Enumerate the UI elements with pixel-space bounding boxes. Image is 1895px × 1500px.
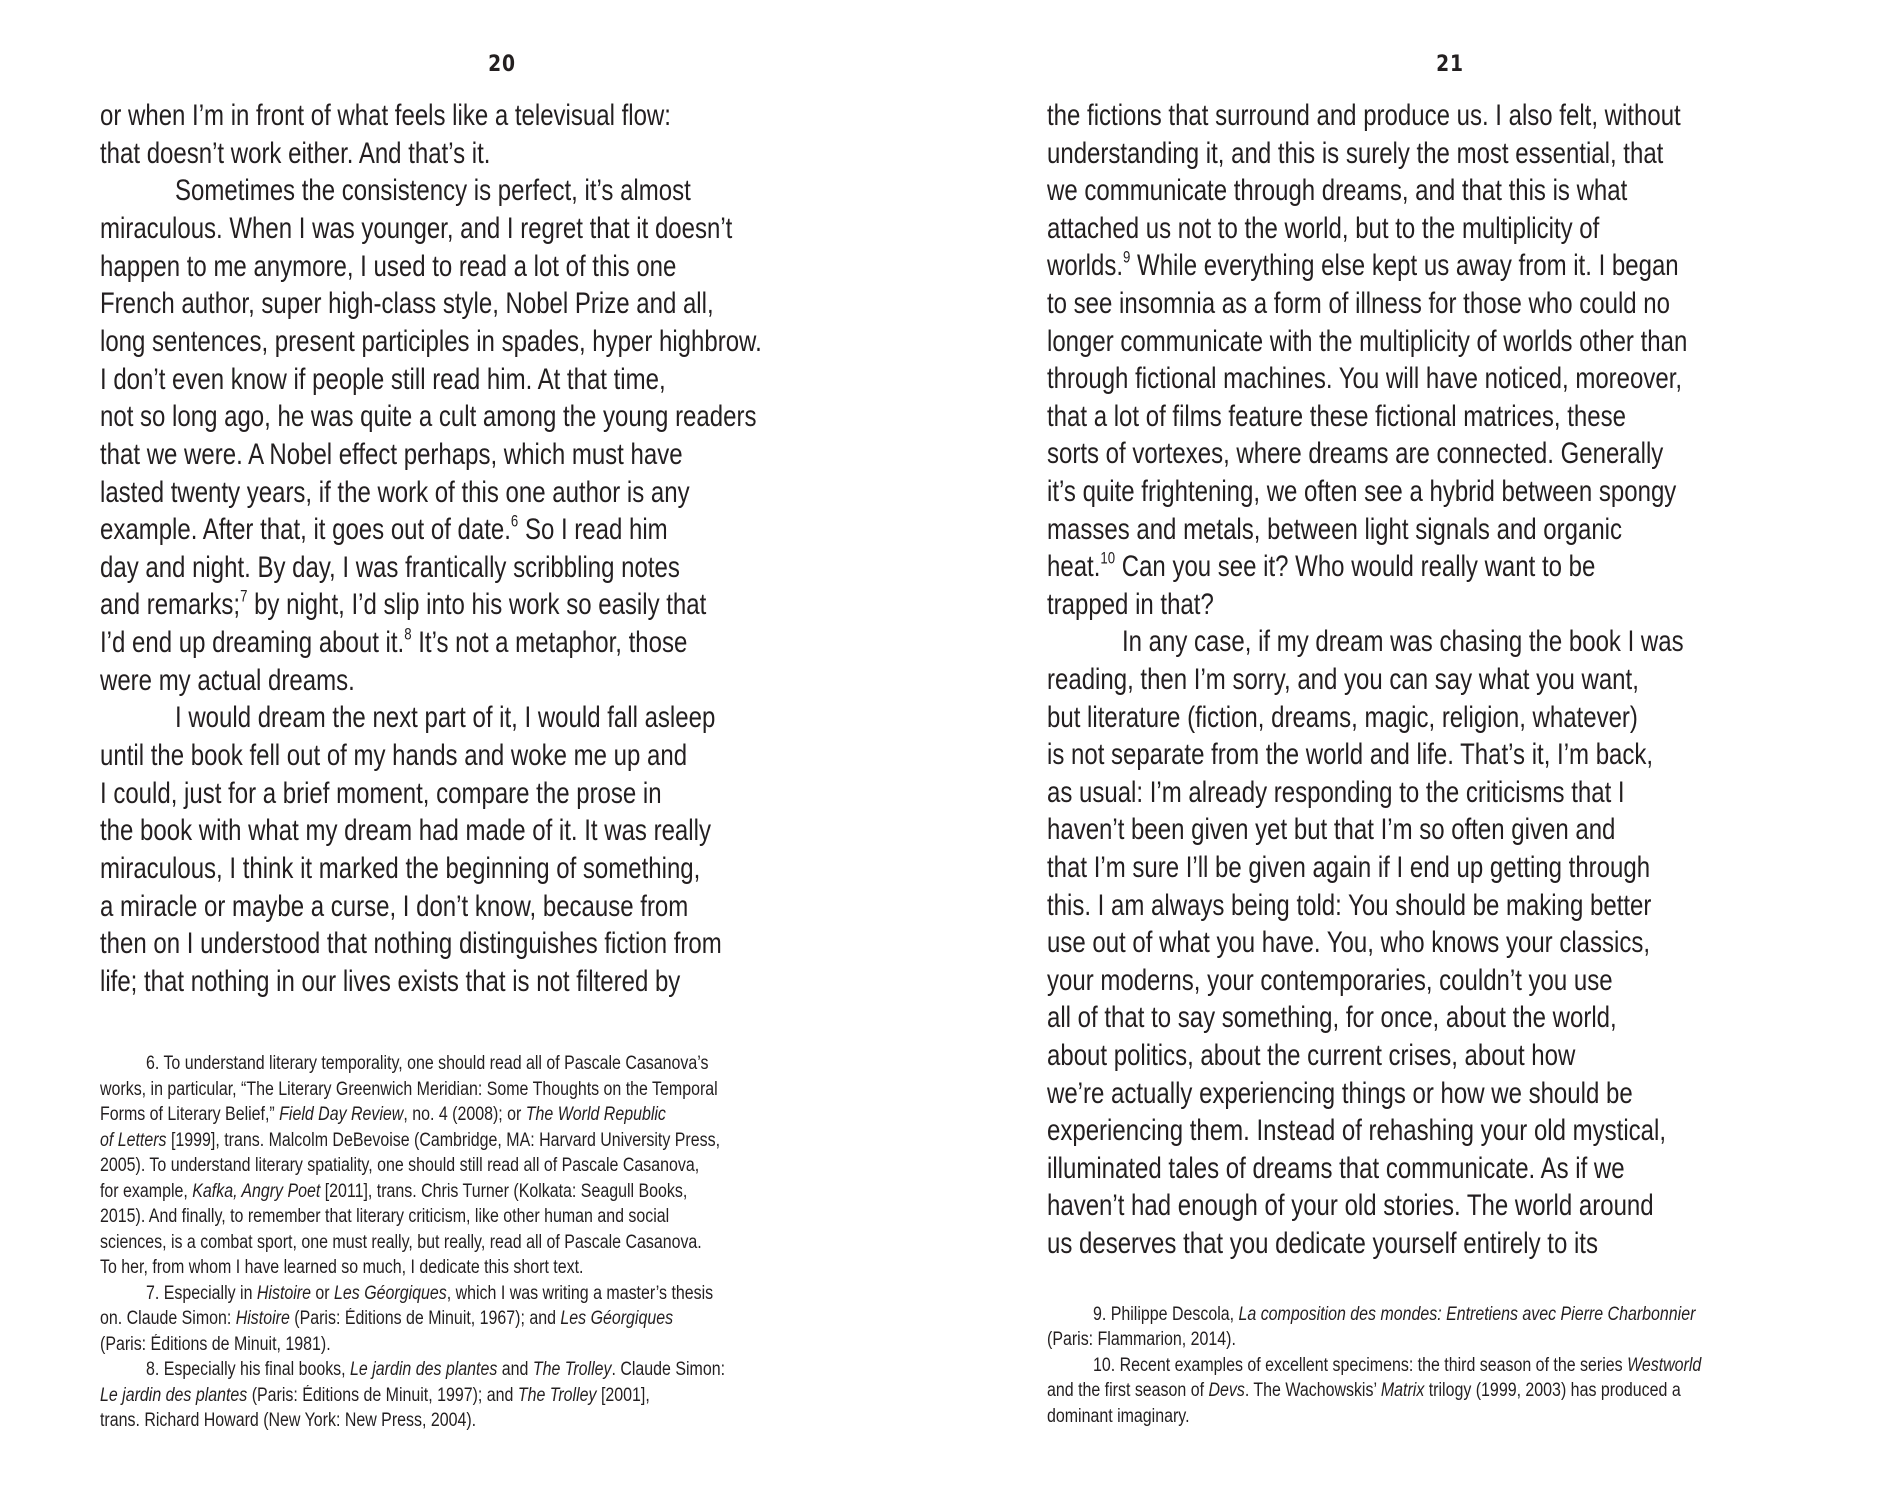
footnote-10-line: and the first season of Devs. The Wachow…: [1047, 1381, 1681, 1400]
footnote-8-line: 8. Especially his final books, Le jardin…: [146, 1360, 725, 1379]
footnote-6-line: sciences, is a combat sport, one must re…: [100, 1233, 702, 1252]
body-line: miraculous, I think it marked the beginn…: [100, 854, 700, 884]
footnote-6-line: works, in particular, “The Literary Gree…: [100, 1080, 718, 1099]
footnote-7-line: on. Claude Simon: Histoire (Paris: Éditi…: [100, 1309, 673, 1328]
body-line: understanding it, and this is surely the…: [1047, 139, 1663, 169]
body-line: worlds.9 While everything else kept us a…: [1047, 251, 1679, 281]
body-line: I’d end up dreaming about it.8 It’s not …: [100, 628, 687, 658]
body-line: attached us not to the world, but to the…: [1047, 214, 1599, 244]
body-line: then on I understood that nothing distin…: [100, 929, 722, 959]
body-line: miraculous. When I was younger, and I re…: [100, 214, 732, 244]
right-page: 21 the fictions that surround and produc…: [947, 0, 1895, 1500]
footnote-6-line: To her, from whom I have learned so much…: [100, 1258, 583, 1277]
body-line: sorts of vortexes, where dreams are conn…: [1047, 439, 1663, 469]
body-line: that we were. A Nobel effect perhaps, wh…: [100, 440, 683, 470]
body-line: and remarks;7 by night, I’d slip into hi…: [100, 590, 706, 620]
body-line: your moderns, your contemporaries, could…: [1047, 966, 1613, 996]
body-line: use out of what you have. You, who knows…: [1047, 928, 1650, 958]
footnote-6-line: 2005). To understand literary spatiality…: [100, 1156, 699, 1175]
body-line: is not separate from the world and life.…: [1047, 740, 1653, 770]
footnote-10-line: 10. Recent examples of excellent specime…: [1093, 1356, 1701, 1375]
body-line: I would dream the next part of it, I wou…: [175, 703, 715, 733]
body-line: that I’m sure I’ll be given again if I e…: [1047, 853, 1650, 883]
body-line: about politics, about the current crises…: [1047, 1041, 1575, 1071]
body-line: the book with what my dream had made of …: [100, 816, 711, 846]
body-line: haven’t had enough of your old stories. …: [1047, 1191, 1654, 1221]
footnote-9-line: (Paris: Flammarion, 2014).: [1047, 1330, 1236, 1349]
body-line: a miracle or maybe a curse, I don’t know…: [100, 892, 688, 922]
body-line: life; that nothing in our lives exists t…: [100, 967, 680, 997]
footnote-10-line: dominant imaginary.: [1047, 1407, 1190, 1426]
body-line: day and night. By day, I was frantically…: [100, 553, 680, 583]
body-line: longer communicate with the multiplicity…: [1047, 327, 1687, 357]
footnote-8-line: trans. Richard Howard (New York: New Pre…: [100, 1411, 476, 1430]
body-line: I could, just for a brief moment, compar…: [100, 779, 662, 809]
body-line: heat.10 Can you see it? Who would really…: [1047, 552, 1595, 582]
footnote-7-line: (Paris: Éditions de Minuit, 1981).: [100, 1335, 331, 1354]
body-line: haven’t been given yet but that I’m so o…: [1047, 815, 1615, 845]
body-line: In any case, if my dream was chasing the…: [1122, 627, 1684, 657]
body-line: happen to me anymore, I used to read a l…: [100, 252, 676, 282]
body-line: this. I am always being told: You should…: [1047, 891, 1651, 921]
body-line: all of that to say something, for once, …: [1047, 1003, 1617, 1033]
footnote-9-line: 9. Philippe Descola, La composition des …: [1093, 1305, 1695, 1324]
body-line: illuminated tales of dreams that communi…: [1047, 1154, 1625, 1184]
footnote-6-line: 2015). And finally, to remember that lit…: [100, 1207, 669, 1226]
footnote-8-line: Le jardin des plantes (Paris: Éditions d…: [100, 1386, 650, 1405]
page-number: 20: [477, 52, 528, 77]
body-line: until the book fell out of my hands and …: [100, 741, 687, 771]
body-line: that doesn’t work either. And that’s it.: [100, 139, 490, 169]
body-line: lasted twenty years, if the work of this…: [100, 478, 690, 508]
body-line: experiencing them. Instead of rehashing …: [1047, 1116, 1666, 1146]
body-line: but literature (fiction, dreams, magic, …: [1047, 703, 1638, 733]
footnote-6-line: 6. To understand literary temporality, o…: [146, 1054, 708, 1073]
body-line: the fictions that surround and produce u…: [1047, 101, 1681, 131]
body-line: that a lot of films feature these fictio…: [1047, 402, 1626, 432]
body-line: we’re actually experiencing things or ho…: [1047, 1079, 1633, 1109]
body-line: we communicate through dreams, and that …: [1047, 176, 1627, 206]
footnote-ref: 6: [511, 513, 518, 531]
footnote-6-line: Forms of Literary Belief,” Field Day Rev…: [100, 1105, 666, 1124]
body-line: were my actual dreams.: [100, 666, 355, 696]
body-line: Sometimes the consistency is perfect, it…: [175, 176, 691, 206]
body-line: it’s quite frightening, we often see a h…: [1047, 477, 1676, 507]
body-line: not so long ago, he was quite a cult amo…: [100, 402, 756, 432]
footnote-6-line: of Letters [1999], trans. Malcolm DeBevo…: [100, 1131, 720, 1150]
body-line: as usual: I’m already responding to the …: [1047, 778, 1625, 808]
footnote-ref: 10: [1100, 550, 1115, 568]
footnote-7-line: 7. Especially in Histoire or Les Géorgiq…: [146, 1284, 713, 1303]
body-line: French author, super high-class style, N…: [100, 289, 714, 319]
body-line: reading, then I’m sorry, and you can say…: [1047, 665, 1639, 695]
body-line: long sentences, present participles in s…: [100, 327, 762, 357]
body-line: example. After that, it goes out of date…: [100, 515, 668, 545]
body-line: to see insomnia as a form of illness for…: [1047, 289, 1670, 319]
body-line: I don’t even know if people still read h…: [100, 365, 666, 395]
body-line: trapped in that?: [1047, 590, 1214, 620]
page-number: 21: [1425, 52, 1476, 77]
body-line: us deserves that you dedicate yourself e…: [1047, 1229, 1598, 1259]
body-line: masses and metals, between light signals…: [1047, 515, 1622, 545]
footnote-6-line: for example, Kafka, Angry Poet [2011], t…: [100, 1182, 687, 1201]
body-line: or when I’m in front of what feels like …: [100, 101, 671, 131]
body-line: through fictional machines. You will hav…: [1047, 364, 1682, 394]
left-page: 20 or when I’m in front of what feels li…: [0, 0, 947, 1500]
